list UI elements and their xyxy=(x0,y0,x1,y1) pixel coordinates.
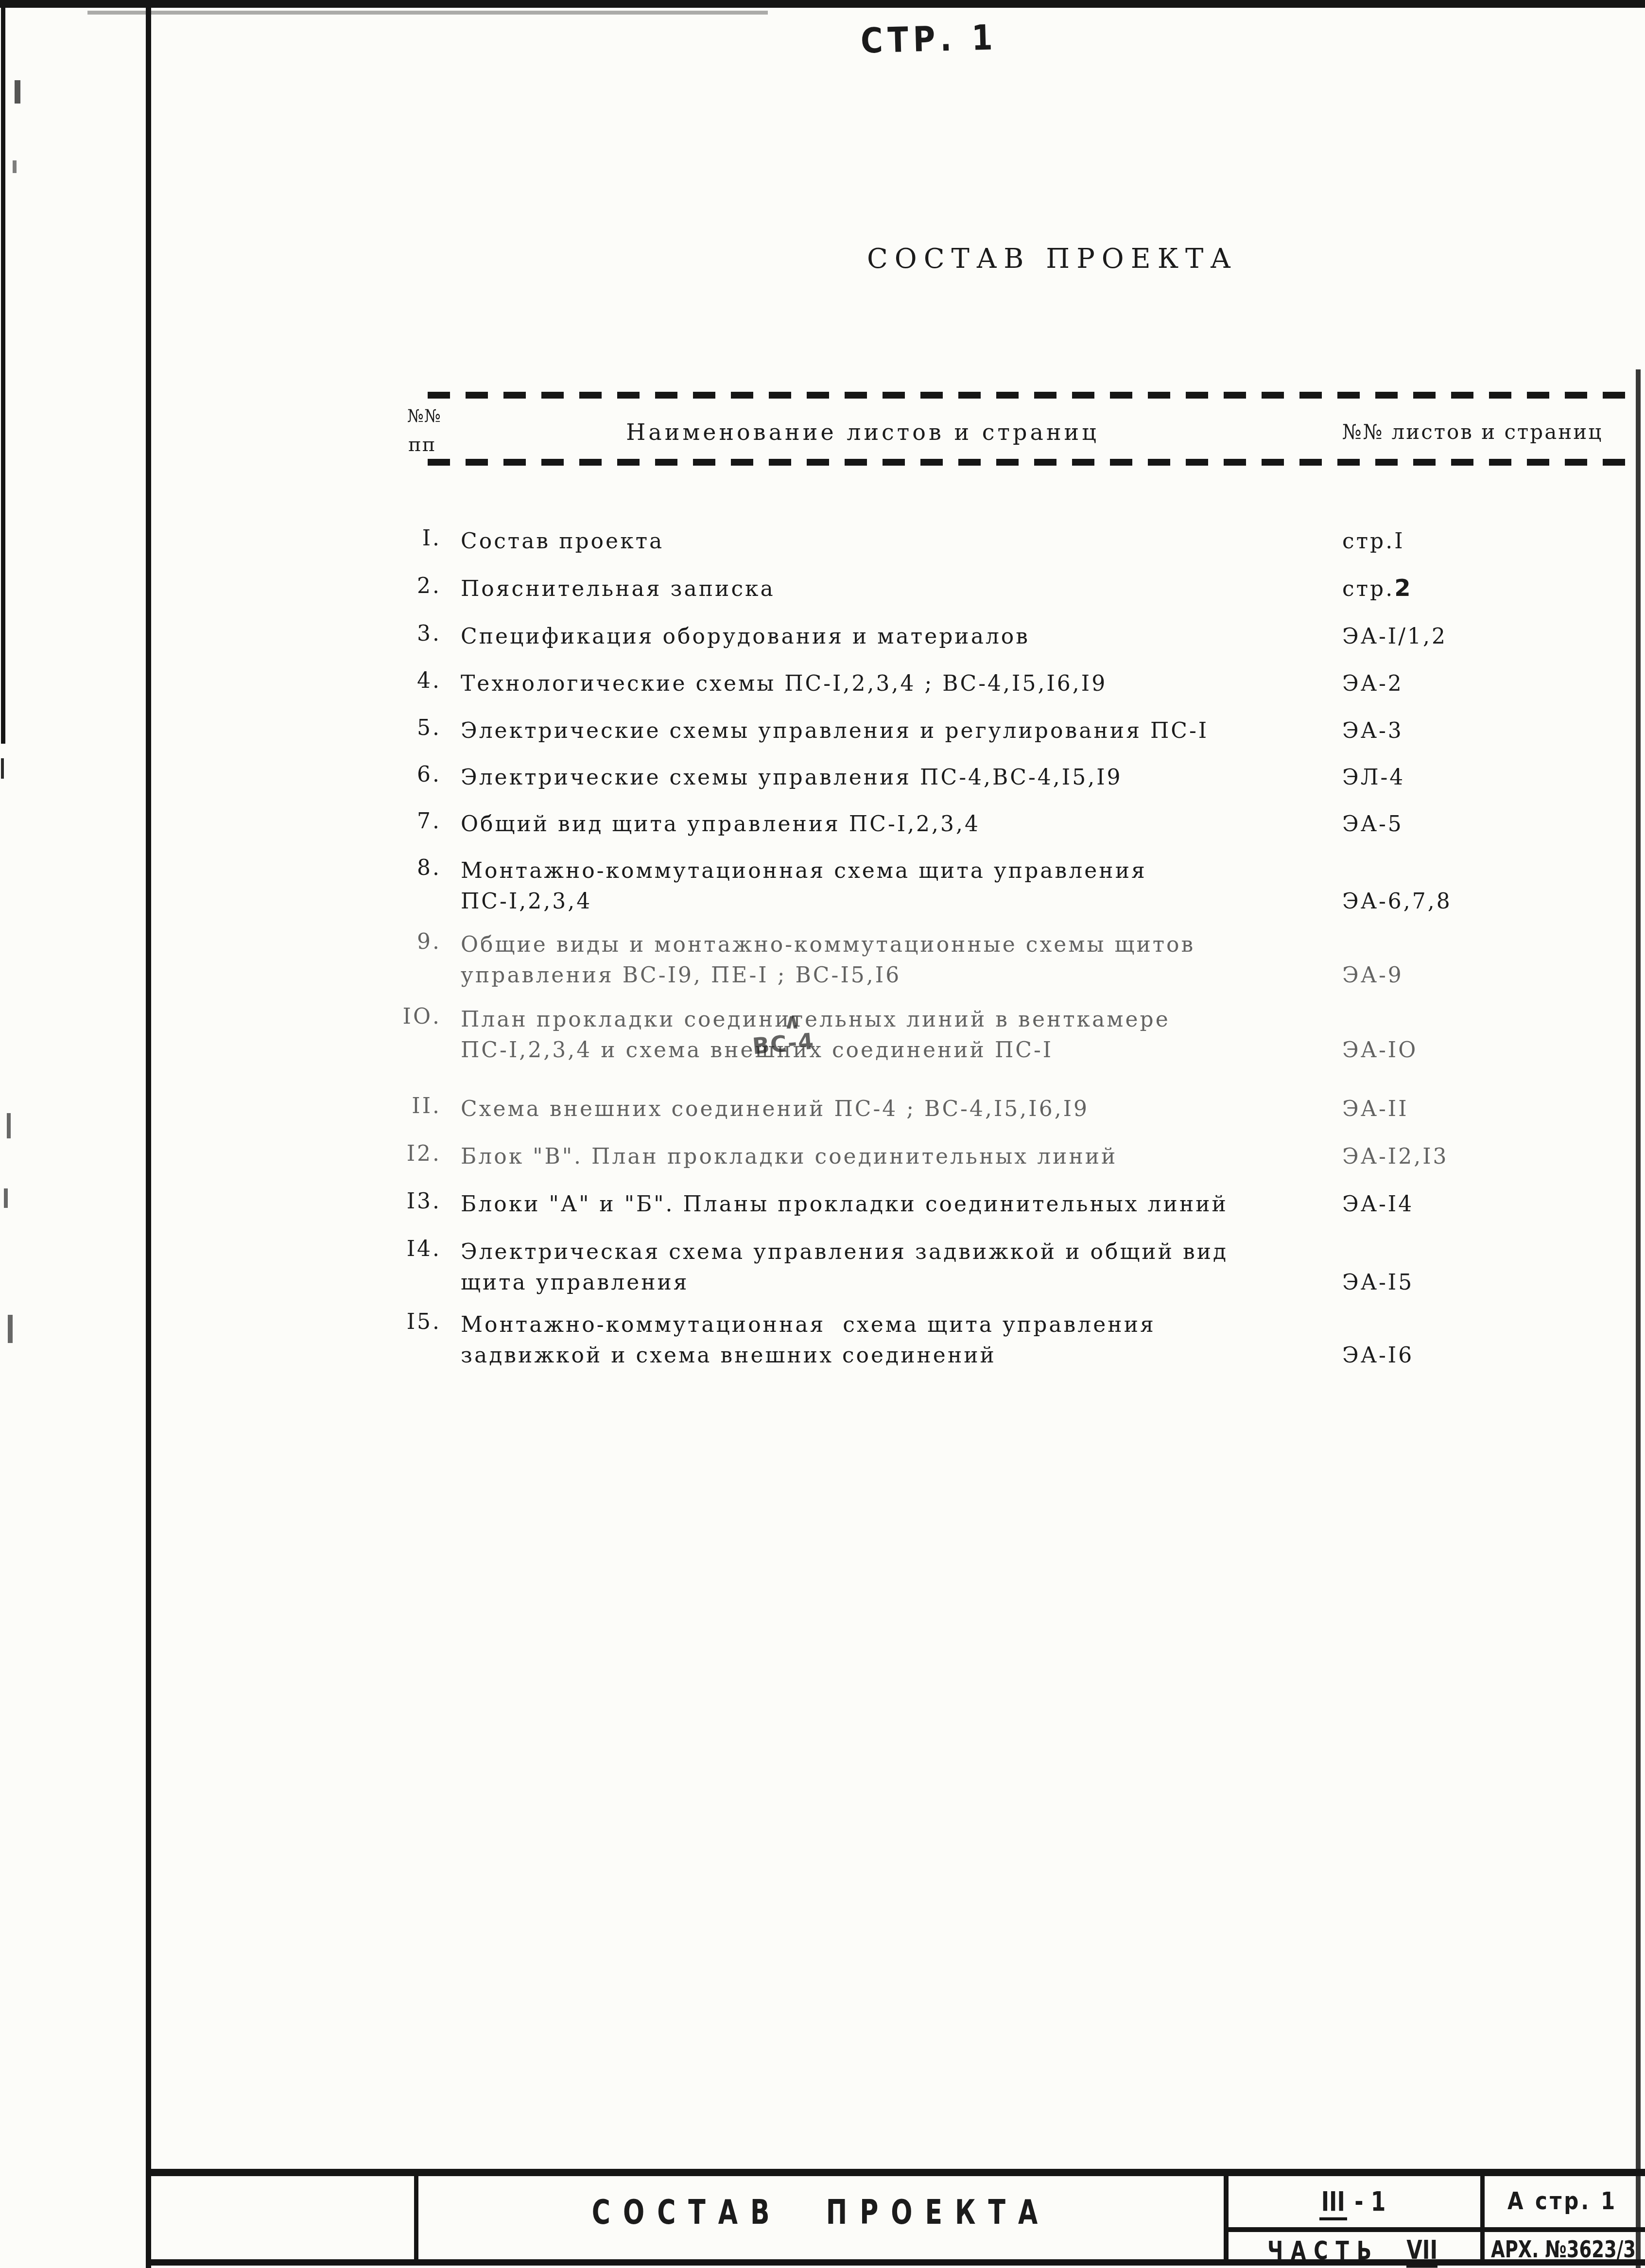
title-block-part: ЧАСТЬ VII xyxy=(1229,2235,1476,2261)
row-title: Электрические схемы управления и регулир… xyxy=(461,715,1335,746)
row-number: 5. xyxy=(384,715,441,740)
table-row: 9.Общие виды и монтажно-коммутационные с… xyxy=(0,929,1645,991)
row-title: Монтажно-коммутационная схема щита управ… xyxy=(461,1309,1335,1371)
scanned-document-page: СТР. 1 СОСТАВ ПРОЕКТА №№ пп Наименование… xyxy=(0,0,1645,2268)
row-title: Блок "В". План прокладки соединительных … xyxy=(461,1141,1335,1172)
top-scan-border xyxy=(0,0,1645,8)
title-block-top-border xyxy=(146,2169,1645,2176)
sheet-code-rest: - 1 xyxy=(1354,2186,1385,2217)
row-title-line: Электрические схемы управления и регулир… xyxy=(461,718,1209,743)
row-sheet-ref: ЭА-I5 xyxy=(1342,1267,1414,1298)
row-number: I. xyxy=(384,526,441,551)
row-sheet-ref: ЭА-2 xyxy=(1342,668,1403,699)
row-title-line: Состав проекта xyxy=(461,529,664,554)
table-row: 7.Общий вид щита управления ПС-I,2,3,4ЭА… xyxy=(0,809,1645,839)
row-sheet-ref: ЭА-II xyxy=(1342,1094,1409,1124)
row-number: I2. xyxy=(384,1141,441,1166)
row-title-line: Технологические схемы ПС-I,2,3,4 ; ВС-4,… xyxy=(461,671,1107,696)
row-title: Электрические схемы управления ПС-4,ВС-4… xyxy=(461,762,1335,793)
row-title-line: Блок "В". План прокладки соединительных … xyxy=(461,1144,1117,1169)
part-number: VII xyxy=(1406,2235,1437,2268)
row-title-line: Схема внешних соединений ПС-4 ; ВС-4,I5,… xyxy=(461,1097,1089,1121)
row-title-line: Общий вид щита управления ПС-I,2,3,4 xyxy=(461,812,980,837)
page-frame-left-border xyxy=(146,3,151,2268)
row-number: 9. xyxy=(384,929,441,954)
row-number: I5. xyxy=(384,1309,441,1334)
row-title: Состав проекта xyxy=(461,526,1335,557)
row-sheet-ref: ЭЛ-4 xyxy=(1342,762,1405,793)
row-title-line: Спецификация оборудования и материалов xyxy=(461,624,1030,649)
row-number: I3. xyxy=(384,1189,441,1214)
row-title-line: ПС-I,2,3,4 xyxy=(461,889,592,914)
row-title: План прокладки соединительных линий в ве… xyxy=(461,1004,1335,1065)
sheet-ref-handwritten-digit: 2 xyxy=(1394,575,1412,602)
row-number: 8. xyxy=(384,855,441,880)
table-row: 6.Электрические схемы управления ПС-4,ВС… xyxy=(0,762,1645,793)
sheet-code-roman: III xyxy=(1319,2186,1347,2220)
table-row: I2.Блок "В". План прокладки соединительн… xyxy=(0,1141,1645,1172)
row-title: Блоки "А" и "Б". Планы прокладки соедини… xyxy=(461,1189,1335,1220)
row-title-line: Общие виды и монтажно-коммутационные схе… xyxy=(461,932,1195,957)
page-number-stamp: СТР. 1 xyxy=(860,17,998,61)
row-sheet-ref: стр.I xyxy=(1342,526,1405,557)
title-block-title-word: ПРОЕКТА xyxy=(826,2193,1051,2233)
row-title-line: задвижкой и схема внешних соединений xyxy=(461,1343,996,1368)
row-title: Общий вид щита управления ПС-I,2,3,4 xyxy=(461,809,1335,839)
row-sheet-ref: ЭА-9 xyxy=(1342,960,1403,991)
row-number: 2. xyxy=(384,574,441,598)
row-number: IО. xyxy=(384,1004,441,1029)
row-sheet-ref: ЭА-IО xyxy=(1342,1035,1418,1065)
row-sheet-ref: ЭА-5 xyxy=(1342,809,1403,839)
title-block-page-ref: А стр. 1 xyxy=(1485,2186,1640,2215)
table-row: 3.Спецификация оборудования и материалов… xyxy=(0,621,1645,652)
column-header-number-line2: пп xyxy=(408,434,436,456)
table-row: II.Схема внешних соединений ПС-4 ; ВС-4,… xyxy=(0,1094,1645,1124)
table-row: I3.Блоки "А" и "Б". Планы прокладки соед… xyxy=(0,1189,1645,1220)
row-title-line: щита управления xyxy=(461,1270,689,1295)
table-row: I5.Монтажно-коммутационная схема щита уп… xyxy=(0,1309,1645,1371)
title-block-title: СОСТАВ ПРОЕКТА xyxy=(418,2193,1224,2222)
title-block-divider-2 xyxy=(1224,2173,1229,2263)
table-row: 8.Монтажно-коммутационная схема щита упр… xyxy=(0,855,1645,917)
row-sheet-ref: стр.2 xyxy=(1342,573,1413,604)
title-block-divider-1 xyxy=(414,2173,418,2263)
table-header-bottom-rule xyxy=(428,459,1629,466)
row-title-line: ПС-I,2,3,4 и схема внешних соединений ПС… xyxy=(461,1038,1053,1063)
row-title: Пояснительная записка xyxy=(461,574,1335,604)
row-title-line: Монтажно-коммутационная схема щита управ… xyxy=(461,858,1147,883)
table-row: 2.Пояснительная запискастр.2 xyxy=(0,574,1645,604)
row-title-line: Блоки "А" и "Б". Планы прокладки соедини… xyxy=(461,1192,1228,1217)
scan-artifact xyxy=(13,160,17,173)
row-title-line: План прокладки соединительных линий в ве… xyxy=(461,1007,1170,1032)
row-title-line: управления ВС-I9, ПЕ-I ; ВС-I5,I6 xyxy=(461,963,901,988)
row-title: Электрическая схема управления задвижкой… xyxy=(461,1237,1335,1298)
row-sheet-ref: ЭА-6,7,8 xyxy=(1342,886,1452,917)
title-block-horizontal-divider xyxy=(1224,2227,1645,2232)
row-number: 3. xyxy=(384,621,441,646)
title-block-archive-number: АРХ. №3623/3 xyxy=(1483,2236,1644,2263)
row-title-line: Электрическая схема управления задвижкой… xyxy=(461,1239,1228,1264)
top-scan-smear xyxy=(87,11,768,15)
table-header-top-rule xyxy=(428,392,1629,399)
column-header-number-line1: №№ xyxy=(407,406,441,426)
table-row: 4.Технологические схемы ПС-I,2,3,4 ; ВС-… xyxy=(0,668,1645,699)
row-number: I4. xyxy=(384,1237,441,1261)
row-number: II. xyxy=(384,1094,441,1118)
table-row: IО.План прокладки соединительных линий в… xyxy=(0,1004,1645,1065)
row-number: 7. xyxy=(384,809,441,834)
row-title-line: Монтажно-коммутационная схема щита управ… xyxy=(461,1312,1156,1337)
row-number: 6. xyxy=(384,762,441,787)
column-header-sheets: №№ листов и страниц xyxy=(1312,420,1633,444)
row-title: Схема внешних соединений ПС-4 ; ВС-4,I5,… xyxy=(461,1094,1335,1124)
title-block-sheet-code: III - 1 xyxy=(1229,2186,1476,2217)
row-sheet-ref: ЭА-I/1,2 xyxy=(1342,621,1447,652)
column-header-name: Наименование листов и страниц xyxy=(559,419,1166,445)
row-title: Спецификация оборудования и материалов xyxy=(461,621,1335,652)
document-title: СОСТАВ ПРОЕКТА xyxy=(867,243,1238,275)
row-number: 4. xyxy=(384,668,441,693)
table-row: 5.Электрические схемы управления и регул… xyxy=(0,715,1645,746)
scan-artifact xyxy=(15,80,20,104)
table-row: I.Состав проектастр.I xyxy=(0,526,1645,557)
row-sheet-ref: ЭА-I6 xyxy=(1342,1340,1414,1371)
row-sheet-ref: ЭА-I4 xyxy=(1342,1189,1414,1220)
row-title: Монтажно-коммутационная схема щита управ… xyxy=(461,855,1335,917)
sheet-ref-typed-part: стр. xyxy=(1342,576,1394,601)
row-title: Общие виды и монтажно-коммутационные схе… xyxy=(461,929,1335,991)
row-sheet-ref: ЭА-I2,I3 xyxy=(1342,1141,1449,1172)
title-block-title-word: СОСТАВ xyxy=(592,2193,782,2233)
row-title: Технологические схемы ПС-I,2,3,4 ; ВС-4,… xyxy=(461,668,1335,699)
part-label: ЧАСТЬ xyxy=(1267,2236,1379,2266)
row-sheet-ref: ЭА-3 xyxy=(1342,715,1403,746)
row-title-line: Пояснительная записка xyxy=(461,576,775,601)
table-row: I4.Электрическая схема управления задвиж… xyxy=(0,1237,1645,1298)
row-title-line: Электрические схемы управления ПС-4,ВС-4… xyxy=(461,765,1123,790)
